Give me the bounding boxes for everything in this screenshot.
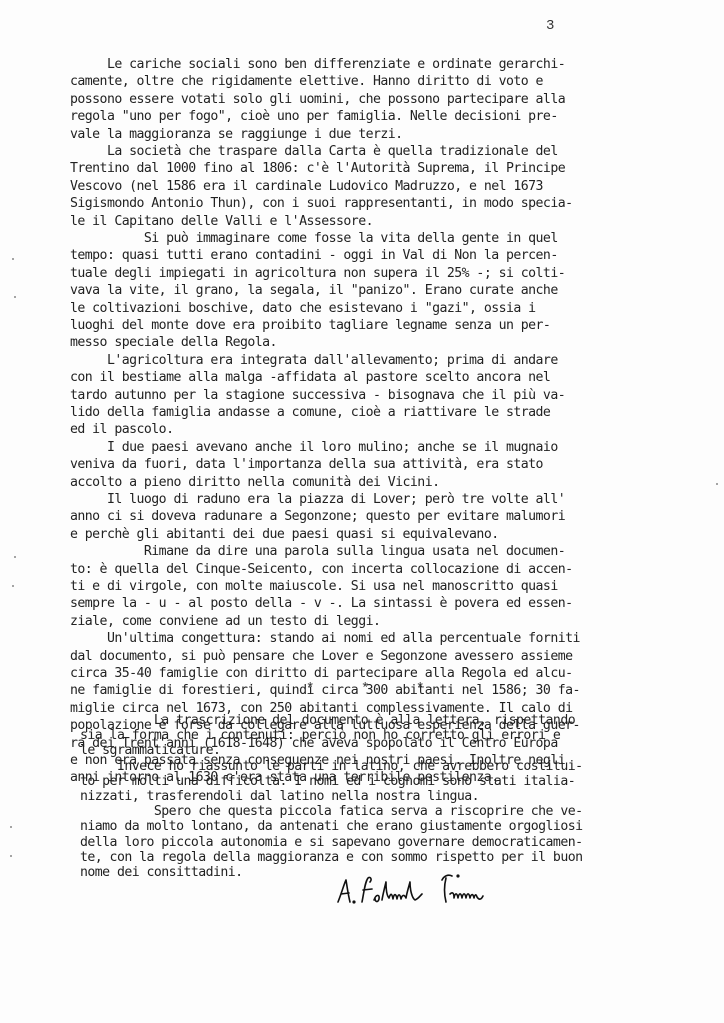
text-line: Rimane da dire una parola sulla lingua u… — [70, 543, 565, 560]
text-line: sempre la - u - al posto della - v -. La… — [70, 595, 573, 612]
scan-speck — [12, 585, 14, 587]
scan-speck — [716, 483, 718, 485]
text-line: dal documento, si può pensare che Lover … — [70, 648, 573, 665]
text-line: I due paesi avevano anche il loro mulino… — [70, 439, 558, 456]
text-line: ziale, come conviene ad un testo di legg… — [70, 613, 380, 630]
text-line: ed il pascolo. — [70, 421, 173, 438]
text-line: camente, oltre che rigidamente elettive.… — [70, 73, 543, 90]
text-line: Le cariche sociali sono ben differenziat… — [70, 56, 565, 73]
document-page: 3 Le cariche sociali sono ben differenzi… — [0, 0, 724, 1023]
text-line: veniva da fuori, data l'importanza della… — [70, 456, 543, 473]
scan-speck — [14, 296, 16, 298]
handwritten-signature — [334, 872, 544, 906]
section-separator: * * * — [0, 681, 724, 697]
text-line: Trentino dal 1000 fino al 1806: c'è l'Au… — [70, 160, 565, 177]
text-line: ti e di virgole, con molte maiuscole. Si… — [70, 578, 558, 595]
asterisk: * — [361, 681, 369, 697]
scan-speck — [14, 556, 16, 558]
text-line: circa 35-40 famiglie con diritto di part… — [70, 665, 573, 682]
text-line: le il Capitano delle Valli e l'Assessore… — [70, 213, 373, 230]
text-line: con il bestiame alla malga -affidata al … — [70, 369, 550, 386]
text-line: Si può immaginare come fosse la vita del… — [70, 230, 558, 247]
text-line: e perchè gli abitanti dei due paesi quas… — [70, 526, 499, 543]
scan-speck — [500, 685, 502, 687]
scan-speck — [12, 258, 14, 260]
text-line: le coltivazioni boschive, dato che esist… — [70, 300, 536, 317]
scan-speck — [199, 692, 201, 694]
text-line: messo speciale della Regola. — [70, 334, 277, 351]
text-line: Vescovo (nel 1586 era il cardinale Ludov… — [70, 178, 543, 195]
text-line: tempo: quasi tutti erano contadini - ogg… — [70, 247, 558, 264]
text-line: luoghi del monte dove era proibito tagli… — [70, 317, 550, 334]
scan-speck — [10, 826, 12, 828]
body-text: Le cariche sociali sono ben differenziat… — [70, 56, 710, 676]
text-line: Il luogo di raduno era la piazza di Love… — [70, 491, 565, 508]
text-line: La società che traspare dalla Carta è qu… — [70, 143, 558, 160]
text-line: vale la maggioranza se raggiunge i due t… — [70, 126, 403, 143]
text-line: nome dei consittadini. — [80, 864, 243, 881]
asterisk: * — [306, 681, 314, 697]
text-line: vava la vite, il grano, la segala, il "p… — [70, 282, 558, 299]
text-line: anno ci si doveva radunare a Segonzone; … — [70, 508, 565, 525]
text-line: tuale degli impiegati in agricoltura non… — [70, 265, 565, 282]
text-line: Un'ultima congettura: stando ai nomi ed … — [70, 630, 580, 647]
text-line: L'agricoltura era integrata dall'allevam… — [70, 352, 558, 369]
asterisk: * — [416, 681, 424, 697]
page-number: 3 — [546, 18, 554, 34]
text-line: regola "uno per fogo", cioè uno per fami… — [70, 108, 558, 125]
text-line: to: è quella del Cinque-Seicento, con in… — [70, 561, 573, 578]
text-line: accolto a pieno diritto nella comunità d… — [70, 474, 439, 491]
text-line: lido della famiglia andasse a comune, ci… — [70, 404, 550, 421]
scan-speck — [10, 855, 12, 857]
text-line: possono essere votati solo gli uomini, c… — [70, 91, 565, 108]
text-line: tardo autunno per la stagione successiva… — [70, 387, 565, 404]
text-line: Sigismondo Antonio Thun), con i suoi rap… — [70, 195, 573, 212]
scan-speck — [508, 692, 510, 694]
